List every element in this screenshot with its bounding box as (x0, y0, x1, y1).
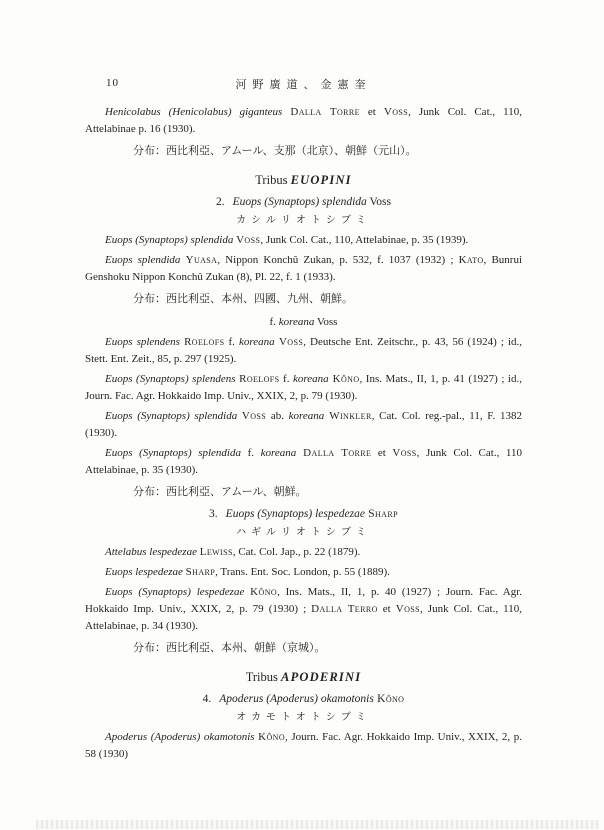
author-name: Winkler (324, 410, 371, 422)
tribus-heading: Tribus EUOPINI (85, 172, 522, 189)
species-name: Euops (Synaptops) splendida (105, 447, 248, 459)
reference-text: et (378, 603, 396, 615)
reference-entry: Attelabus lespedezae Lewiss, Cat. Col. J… (85, 544, 522, 561)
reference-text: , Junk Col. Cat., 110, Attelabinae, p. 3… (260, 234, 468, 246)
species-number: 4. (203, 693, 212, 705)
forma-heading: f. koreana Voss (85, 314, 522, 331)
reference-text: , Nippon Konchû Zukan, p. 532, f. 1037 (… (217, 254, 458, 266)
species-number: 3. (209, 508, 218, 520)
distribution-line: 分布：西比利亞、アムール、朝鮮。 (85, 484, 522, 501)
scanned-document-page: 10 河野廣道、金憲奎 Henicolabus (Henicolabus) gi… (0, 0, 604, 830)
page-header: 10 河野廣道、金憲奎 (85, 76, 522, 92)
tribus-label: Tribus (246, 670, 281, 684)
author-name: Voss (314, 316, 337, 328)
reference-text: f. (224, 336, 239, 348)
reference-entry: Euops splendens Roelofs f. koreana Voss,… (85, 334, 522, 368)
japanese-name: オカモトオトシブミ (85, 710, 522, 725)
author-name: Voss (367, 196, 391, 208)
author-name: Kato (459, 254, 484, 266)
author-name: Voss (275, 336, 304, 348)
reference-entry: Euops (Synaptops) splendida f. koreana D… (85, 445, 522, 479)
reference-text: et (371, 447, 392, 459)
species-name: Attelabus lespedezae (105, 546, 200, 558)
author-name: Roelofs (184, 336, 224, 348)
reference-text: f. (279, 373, 293, 385)
forma-name: koreana (293, 373, 329, 385)
author-name: Yuasa (186, 254, 218, 266)
reference-entry: Apoderus (Apoderus) okamotonis Kôno, Jou… (85, 729, 522, 763)
species-heading: 3.Euops (Synaptops) lespedezae Sharp (85, 506, 522, 523)
species-name: Euops (Synaptops) lespedezae (105, 586, 250, 598)
reference-entry: Euops (Synaptops) lespedezae Kôno, Ins. … (85, 584, 522, 635)
reference-text: f. (248, 447, 261, 459)
species-name: Euops lespedezae (105, 566, 186, 578)
tribus-name: APODERINI (281, 670, 361, 684)
author-name: Voss (384, 106, 408, 118)
distribution-line: 分布：西比利亞、本州、朝鮮（京城）。 (85, 640, 522, 657)
species-name: Euops (Synaptops) splendida (105, 410, 242, 422)
distribution-line: 分布：西比利亞、アムール、支那（北京）、朝鮮（元山）。 (85, 143, 522, 160)
author-name: Roelofs (239, 373, 279, 385)
tribus-heading: Tribus APODERINI (85, 669, 522, 686)
tribus-name: EUOPINI (291, 173, 352, 187)
author-name: Kôno (250, 586, 277, 598)
author-name: Voss (392, 447, 416, 459)
reference-entry: Henicolabus (Henicolabus) giganteus Dall… (85, 104, 522, 138)
author-name: Dalla Torre (290, 106, 360, 118)
tribus-label: Tribus (255, 173, 290, 187)
species-name: Apoderus (Apoderus) okamotonis (219, 693, 374, 705)
author-name: Dalla Terro (311, 603, 378, 615)
japanese-name: ハギルリオトシブミ (85, 525, 522, 540)
author-name: Sharp (186, 566, 215, 578)
species-name: Henicolabus (Henicolabus) giganteus (105, 106, 290, 118)
reference-entry: Euops (Synaptops) splendida Voss, Junk C… (85, 232, 522, 249)
reference-entry: Euops lespedezae Sharp, Trans. Ent. Soc.… (85, 564, 522, 581)
forma-label: f. (270, 316, 279, 328)
author-name: Lewiss (200, 546, 233, 558)
reference-entry: Euops (Synaptops) splendens Roelofs f. k… (85, 371, 522, 405)
page-number: 10 (106, 77, 119, 89)
reference-text: ab. (266, 410, 289, 422)
author-name: Voss (396, 603, 420, 615)
species-heading: 4.Apoderus (Apoderus) okamotonis Kôno (85, 691, 522, 708)
species-number: 2. (216, 196, 225, 208)
page-bottom-scan-artifact (36, 820, 599, 829)
forma-name: koreana (289, 410, 325, 422)
reference-text: et (360, 106, 384, 118)
reference-entry: Euops splendida Yuasa, Nippon Konchû Zuk… (85, 252, 522, 286)
species-name: Apoderus (Apoderus) okamotonis (105, 731, 258, 743)
distribution-line: 分布：西比利亞、本州、四國、九州、朝鮮。 (85, 291, 522, 308)
forma-name: koreana (279, 316, 315, 328)
japanese-name: カシルリオトシブミ (85, 213, 522, 228)
species-name: Euops splendens (105, 336, 184, 348)
species-name: Euops (Synaptops) splendens (105, 373, 239, 385)
species-name: Euops (Synaptops) splendida (105, 234, 236, 246)
reference-entry: Euops (Synaptops) splendida Voss ab. kor… (85, 408, 522, 442)
forma-name: koreana (261, 447, 297, 459)
species-heading: 2.Euops (Synaptops) splendida Voss (85, 194, 522, 211)
species-name: Euops splendida (105, 254, 186, 266)
author-name: Sharp (365, 508, 398, 520)
running-title: 河野廣道、金憲奎 (85, 76, 522, 92)
author-name: Dalla Torre (296, 447, 371, 459)
species-name: Euops (Synaptops) splendida (233, 196, 367, 208)
author-name: Voss (236, 234, 260, 246)
species-name: Euops (Synaptops) lespedezae (226, 508, 365, 520)
author-name: Kôno (258, 731, 285, 743)
author-name: Kôno (374, 693, 405, 705)
author-name: Kôno (329, 373, 360, 385)
author-name: Voss (242, 410, 266, 422)
forma-name: koreana (239, 336, 275, 348)
reference-text: , Trans. Ent. Soc. London, p. 55 (1889). (215, 566, 390, 578)
reference-text: , Cat. Col. Jap., p. 22 (1879). (233, 546, 360, 558)
